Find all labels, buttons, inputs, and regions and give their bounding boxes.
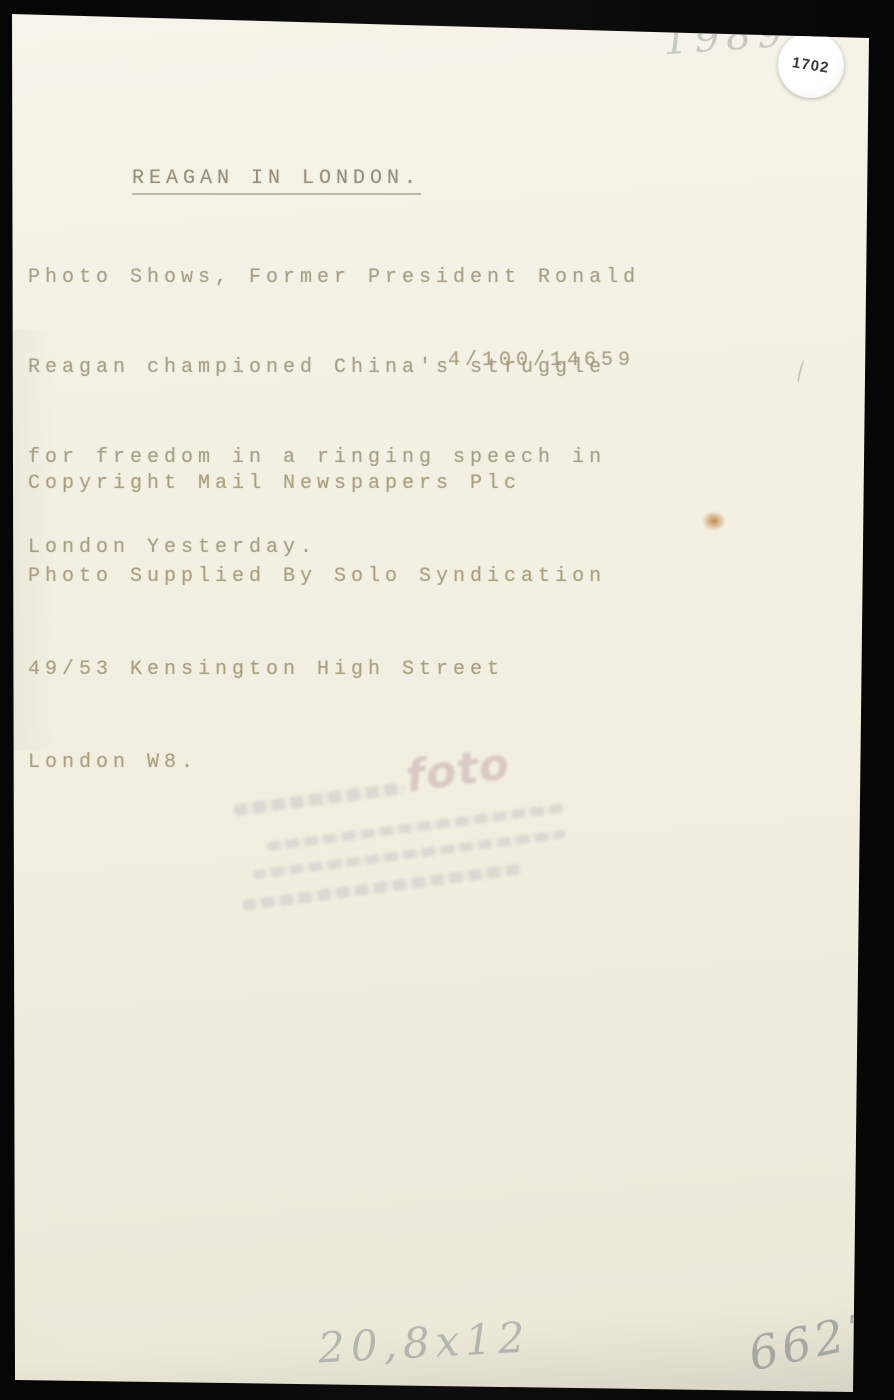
size-annotation: 20,8x12 (317, 1312, 532, 1372)
photo-back-paper: 4 1989 1702 REAGAN IN LONDON. Photo Show… (0, 0, 894, 1400)
rust-stain (702, 511, 726, 531)
reference-number: 4/100/14659 (448, 349, 635, 372)
stamp-illegible-line (233, 782, 405, 816)
scratch-mark (796, 360, 807, 384)
headline-text: REAGAN IN LONDON. (132, 167, 421, 195)
scan-background: 4 1989 1702 REAGAN IN LONDON. Photo Show… (0, 0, 894, 1400)
year-annotation: 1989 (662, 10, 791, 65)
sticker-number: 1702 (791, 54, 831, 77)
copyright-line: Copyright Mail Newspapers Plc (28, 468, 606, 499)
pencil-top-mark: 4 (596, 1, 615, 28)
copyright-line: 49/53 Kensington High Street (28, 654, 606, 685)
inventory-number: 6627 (744, 1301, 885, 1381)
copyright-line: Photo Supplied By Solo Syndication (28, 561, 606, 592)
archive-sticker: 1702 (778, 32, 844, 98)
caption-line: Photo Shows, Former President Ronald (28, 263, 640, 293)
